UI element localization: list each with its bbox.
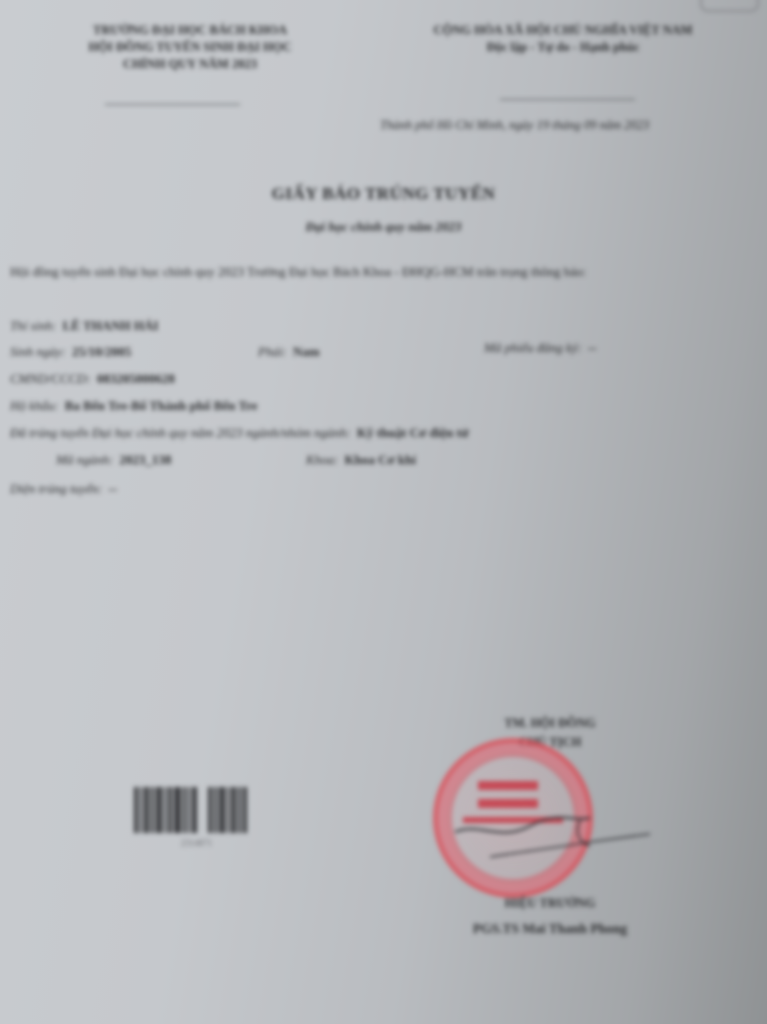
field-label: CMND/CCCD: — [10, 371, 91, 386]
signature-scribble — [450, 812, 650, 872]
field-gender: Phái:Nam — [258, 344, 320, 360]
field-label: Diện trúng tuyển: — [10, 481, 102, 496]
issuer-line-3: CHÍNH QUY NĂM 2023 — [10, 56, 370, 73]
signatory-title: TM. HỘI ĐỒNG CHỦ TỊCH — [420, 716, 680, 750]
field-dob: Sinh ngày:25/10/2005 — [10, 344, 131, 360]
national-underline — [500, 99, 635, 100]
field-value: Ba Bến Tre-Bố Thành phố Bến Tre — [65, 398, 258, 413]
issuer-header: TRƯỜNG ĐẠI HỌC BÁCH KHOA HỘI ĐỒNG TUYỂN … — [10, 22, 370, 73]
field-label: Khoa: — [306, 452, 339, 467]
field-value: 2023_138 — [119, 452, 171, 467]
issuer-line-1: TRƯỜNG ĐẠI HỌC BÁCH KHOA — [10, 22, 370, 39]
signatory-role: HIỆU TRƯỞNG — [420, 896, 680, 911]
field-admission-method: Diện trúng tuyển:-- — [10, 481, 117, 497]
field-value: -- — [108, 481, 117, 496]
issuer-line-2: HỘI ĐỒNG TUYỂN SINH ĐẠI HỌC — [10, 39, 370, 56]
document-title: GIẤY BÁO TRÚNG TUYỂN — [0, 184, 767, 204]
stamp-text-bar — [478, 799, 538, 808]
field-value: LÊ THANH HẢI — [63, 318, 159, 333]
field-address: Hộ khẩu:Ba Bến Tre-Bố Thành phố Bến Tre — [10, 398, 257, 414]
field-id-number: CMND/CCCD:083205000628 — [10, 371, 175, 387]
national-line-1: CỘNG HÒA XÃ HỘI CHỦ NGHĨA VIỆT NAM — [368, 22, 758, 39]
field-value: -- — [588, 340, 597, 355]
field-label: Phái: — [258, 344, 287, 359]
field-label: Sinh ngày: — [10, 344, 66, 359]
field-label: Mã phiếu đăng ký: — [484, 340, 582, 355]
barcode-number: 2314871 — [134, 838, 259, 848]
field-major-code: Mã ngành:2023_138 — [56, 452, 171, 468]
issuer-underline — [105, 104, 240, 105]
stamp-text-bar — [478, 781, 538, 790]
field-admitted-major: Đã trúng tuyển Đại học chính quy năm 202… — [10, 425, 469, 441]
field-name: Thí sinh:LÊ THANH HẢI — [10, 318, 158, 334]
field-label: Đã trúng tuyển Đại học chính quy năm 202… — [10, 425, 351, 440]
field-value: 25/10/2005 — [72, 344, 131, 359]
date-line: Thành phố Hồ Chí Minh, ngày 19 tháng 09 … — [380, 118, 767, 133]
field-value: Khoa Cơ khí — [345, 452, 417, 467]
signatory-name: PGS.TS Mai Thanh Phong — [420, 921, 680, 937]
field-label: Thí sinh: — [10, 318, 57, 333]
field-faculty: Khoa:Khoa Cơ khí — [306, 452, 416, 468]
document-photo: TRƯỜNG ĐẠI HỌC BÁCH KHOA HỘI ĐỒNG TUYỂN … — [0, 0, 767, 1024]
field-label: Hộ khẩu: — [10, 398, 59, 413]
field-value: Nam — [293, 344, 320, 359]
document-subtitle: Đại học chính quy năm 2023 — [0, 219, 767, 235]
field-value: Kỹ thuật Cơ điện tử — [357, 425, 469, 440]
barcode — [134, 787, 259, 833]
field-value: 083205000628 — [97, 371, 175, 386]
national-header: CỘNG HÒA XÃ HỘI CHỦ NGHĨA VIỆT NAM Độc l… — [368, 22, 758, 56]
national-line-2: Độc lập - Tự do - Hạnh phúc — [368, 39, 758, 56]
field-registration: Mã phiếu đăng ký:-- — [484, 340, 597, 356]
signatory-line-1: TM. HỘI ĐỒNG — [420, 716, 680, 731]
corner-mark — [700, 0, 759, 12]
intro-paragraph: Hội đồng tuyển sinh Đại học chính quy 20… — [10, 258, 755, 286]
field-label: Mã ngành: — [56, 452, 113, 467]
